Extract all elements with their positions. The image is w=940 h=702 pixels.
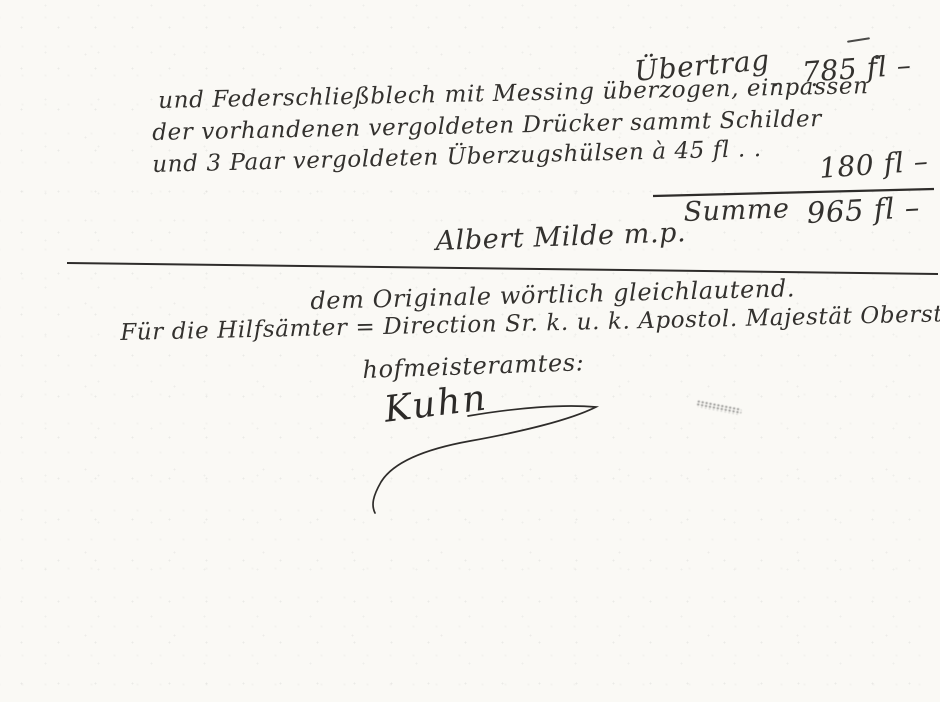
scanned-document-page: Übertrag . . 785 fl – und Federschließbl…	[0, 0, 940, 702]
summe-label: Summe	[683, 193, 790, 228]
section-divider-rule	[67, 263, 938, 274]
stray-ink-dot	[875, 55, 879, 59]
summe-amount: 965 fl –	[806, 190, 921, 230]
